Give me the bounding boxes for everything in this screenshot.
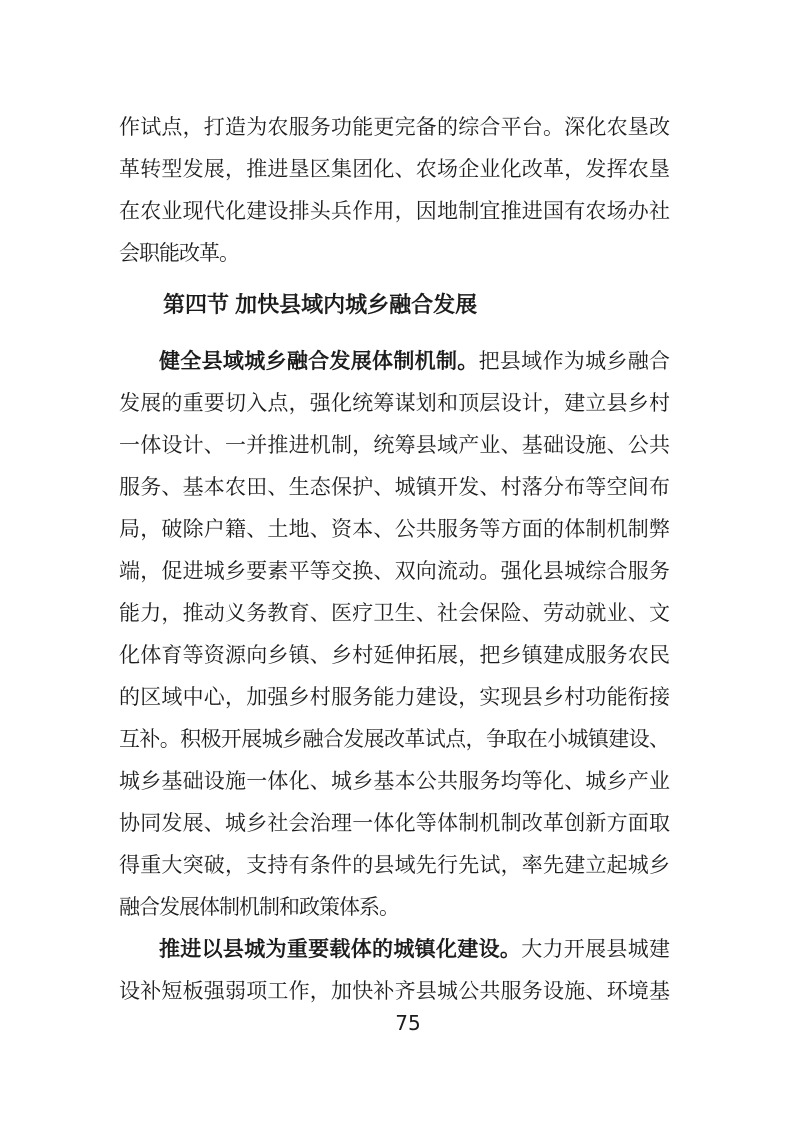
- document-page: 作试点，打造为农服务功能更完备的综合平台。深化农垦改 革转型发展，推进垦区集团化…: [0, 0, 790, 1122]
- section-heading: 第四节 加快县域内城乡融合发展: [119, 284, 669, 326]
- text-line: 城乡基础设施一体化、城乡基本公共服务均等化、城乡产业: [119, 760, 669, 802]
- paragraph-lead-bold: 健全县域城乡融合发展体制机制。: [159, 349, 479, 373]
- text-line: 协同发展、城乡社会治理一体化等体制机制改革创新方面取: [119, 802, 669, 844]
- text-line: 在农业现代化建设排头兵作用，因地制宜推进国有农场办社: [119, 190, 669, 232]
- text-line: 得重大突破，支持有条件的县域先行先试，率先建立起城乡: [119, 844, 669, 886]
- text-line: 的区域中心，加强乡村服务能力建设，实现县乡村功能衔接: [119, 676, 669, 718]
- text-line: 推进以县城为重要载体的城镇化建设。大力开展县城建: [119, 928, 669, 970]
- text-line: 化体育等资源向乡镇、乡村延伸拓展，把乡镇建成服务农民: [119, 634, 669, 676]
- text-line: 融合发展体制机制和政策体系。: [119, 886, 669, 928]
- paragraph-lead-rest: 把县域作为城乡融合: [479, 349, 669, 373]
- text-line: 局，破除户籍、土地、资本、公共服务等方面的体制机制弊: [119, 508, 669, 550]
- text-line: 革转型发展，推进垦区集团化、农场企业化改革，发挥农垦: [119, 148, 669, 190]
- text-line: 会职能改革。: [119, 232, 669, 274]
- text-line: 作试点，打造为农服务功能更完备的综合平台。深化农垦改: [119, 106, 669, 148]
- paragraph-lead-bold: 推进以县城为重要载体的城镇化建设。: [159, 937, 521, 961]
- paragraph: 推进以县城为重要载体的城镇化建设。大力开展县城建 设补短板强弱项工作，加快补齐县…: [119, 928, 669, 1012]
- text-line: 发展的重要切入点，强化统筹谋划和顶层设计，建立县乡村: [119, 382, 669, 424]
- text-line: 一体设计、一并推进机制，统筹县域产业、基础设施、公共: [119, 424, 669, 466]
- body-text: 作试点，打造为农服务功能更完备的综合平台。深化农垦改 革转型发展，推进垦区集团化…: [119, 106, 669, 1012]
- text-line: 服务、基本农田、生态保护、城镇开发、村落分布等空间布: [119, 466, 669, 508]
- paragraph: 健全县域城乡融合发展体制机制。把县域作为城乡融合 发展的重要切入点，强化统筹谋划…: [119, 340, 669, 928]
- text-line: 端，促进城乡要素平等交换、双向流动。强化县城综合服务: [119, 550, 669, 592]
- text-line: 互补。积极开展城乡融合发展改革试点，争取在小城镇建设、: [119, 718, 669, 760]
- page-number: 75: [0, 1008, 790, 1038]
- paragraph: 作试点，打造为农服务功能更完备的综合平台。深化农垦改 革转型发展，推进垦区集团化…: [119, 106, 669, 274]
- text-line: 设补短板强弱项工作，加快补齐县城公共服务设施、环境基: [119, 970, 669, 1012]
- text-line: 健全县域城乡融合发展体制机制。把县域作为城乡融合: [119, 340, 669, 382]
- paragraph-lead-rest: 大力开展县城建: [521, 937, 669, 961]
- text-line: 能力，推动义务教育、医疗卫生、社会保险、劳动就业、文: [119, 592, 669, 634]
